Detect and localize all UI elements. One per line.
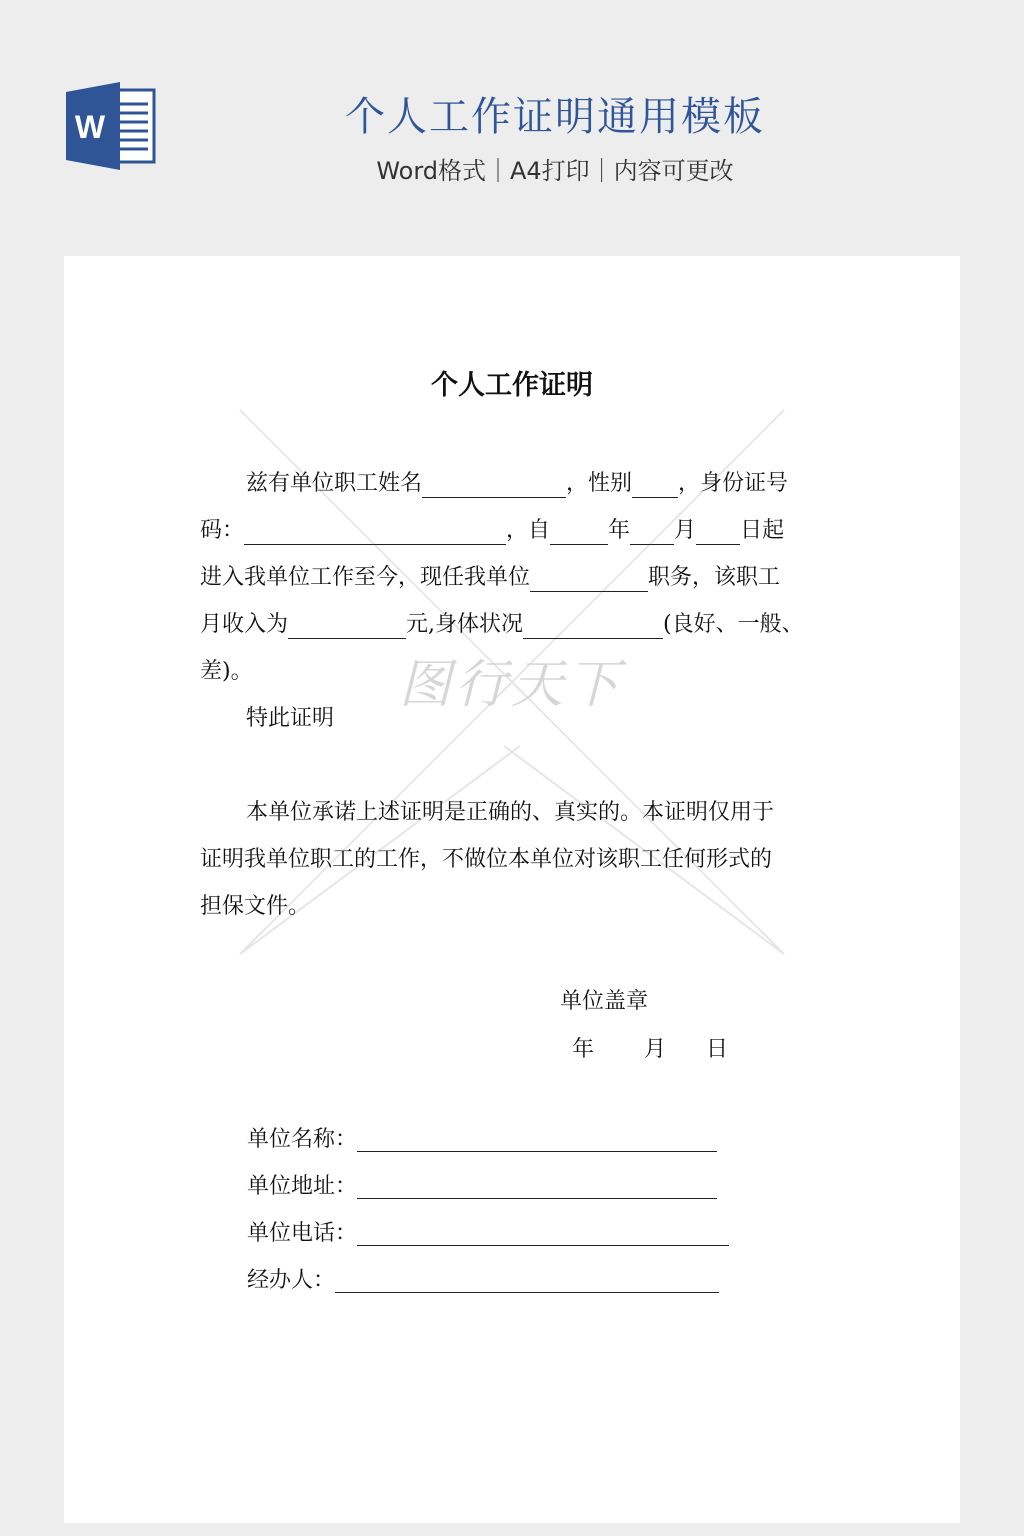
income-blank[interactable] [288, 608, 406, 639]
paragraph2-line3: 担保文件。 [200, 883, 824, 930]
seal-label: 单位盖章 [560, 978, 648, 1025]
date-day: 日 [706, 1026, 728, 1073]
paragraph1-line2: 码：，自年月日起 [200, 507, 824, 554]
health-blank[interactable] [523, 608, 663, 639]
unit-address-field: 单位地址： [247, 1163, 729, 1210]
svg-text:W: W [75, 109, 106, 145]
id-number-blank[interactable] [244, 514, 506, 545]
paragraph1-line3: 进入我单位工作至今，现任我单位职务，该职工 [200, 554, 824, 601]
certificate-body: 兹有单位职工姓名，性别，身份证号 码：，自年月日起 进入我单位工作至今，现任我单… [200, 460, 824, 930]
unit-name-field: 单位名称： [247, 1116, 729, 1163]
paragraph2-line1: 本单位承诺上述证明是正确的、真实的。本证明仅用于 [200, 789, 824, 836]
document-title: 个人工作证明 [64, 366, 960, 406]
position-blank[interactable] [530, 561, 648, 592]
paragraph2-line2: 证明我单位职工的工作，不做位本单位对该职工任何形式的 [200, 836, 824, 883]
paragraph1-line1: 兹有单位职工姓名，性别，身份证号 [200, 460, 824, 507]
gender-blank[interactable] [632, 467, 678, 498]
paragraph1-line5: 差)。 [200, 648, 824, 695]
unit-phone-blank[interactable] [357, 1217, 729, 1246]
document-page: 图行天下 个人工作证明 兹有单位职工姓名，性别，身份证号 码：，自年月日起 进入… [64, 256, 960, 1523]
header-subtitle: Word格式｜A4打印｜内容可更改 [300, 154, 810, 188]
word-doc-icon: W [64, 82, 156, 170]
unit-phone-field: 单位电话： [247, 1210, 729, 1257]
unit-address-blank[interactable] [357, 1170, 717, 1199]
paragraph1-line4: 月收入为元,身体状况(良好、一般、 [200, 601, 824, 648]
name-blank[interactable] [422, 467, 566, 498]
start-month-blank[interactable] [630, 514, 674, 545]
handler-blank[interactable] [335, 1264, 719, 1293]
date-line: 年月日 [572, 1026, 728, 1073]
start-day-blank[interactable] [696, 514, 740, 545]
unit-info-fields: 单位名称： 单位地址： 单位电话： 经办人： [247, 1116, 729, 1304]
start-year-blank[interactable] [550, 514, 608, 545]
date-month: 月 [644, 1026, 666, 1073]
header-title: 个人工作证明通用模板 [300, 92, 810, 142]
handler-field: 经办人： [247, 1257, 729, 1304]
unit-name-blank[interactable] [357, 1123, 717, 1152]
closing-text: 特此证明 [200, 695, 824, 742]
date-year: 年 [572, 1026, 594, 1073]
